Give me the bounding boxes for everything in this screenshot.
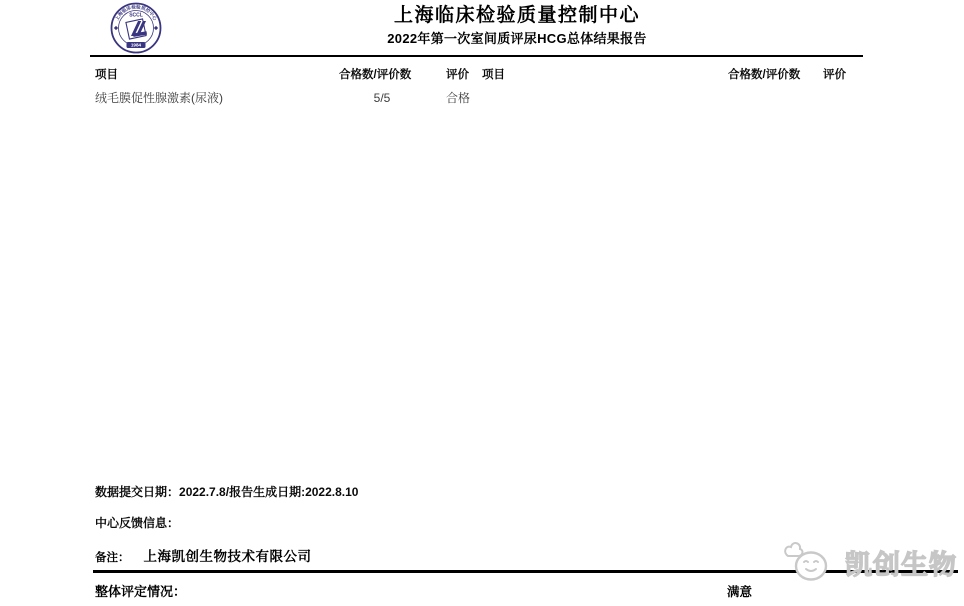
overall-assessment-label: 整体评定情况： [95, 581, 186, 600]
table-row-item: 绒毛膜促性腺激素(尿液) [95, 91, 223, 106]
remark-line: 备注： 上海凯创生物技术有限公司 [95, 545, 312, 565]
col-header-eval-right: 评价 [823, 68, 846, 82]
remark-label: 备注： [95, 549, 130, 565]
page-subtitle: 2022年第一次室间质评尿HCG总体结果报告 [90, 31, 944, 47]
watermark-brand: 凯创生物 [845, 543, 957, 582]
submission-date-label: 数据提交日期： [95, 485, 179, 499]
page-title: 上海临床检验质量控制中心 [90, 4, 944, 28]
table-row-evaluation: 合格 [446, 91, 470, 106]
col-header-ratio-right: 合格数/评价数 [728, 68, 800, 82]
submission-date-value: 2022.7.8 [179, 485, 226, 499]
col-header-ratio-left: 合格数/评价数 [339, 68, 411, 82]
report-page: 上海临床检验质控中心 SCCL 1984 上海临床检验质量控制中心 2022年第… [0, 0, 964, 606]
table-row-ratio: 5/5 [362, 91, 402, 106]
report-date-label: /报告生成日期: [226, 485, 305, 499]
col-header-item-right: 项目 [482, 68, 505, 82]
header-divider [90, 55, 863, 57]
col-header-eval-left: 评价 [446, 68, 469, 82]
dates-line: 数据提交日期：2022.7.8/报告生成日期:2022.8.10 [95, 485, 358, 500]
remark-company-name: 上海凯创生物技术有限公司 [144, 545, 312, 565]
col-header-item-left: 项目 [95, 68, 118, 82]
kaichuang-mascot-icon [781, 541, 835, 583]
overall-assessment-value: 满意 [727, 582, 752, 600]
report-date-value: 2022.8.10 [305, 485, 358, 499]
center-feedback-label: 中心反馈信息： [95, 516, 179, 531]
